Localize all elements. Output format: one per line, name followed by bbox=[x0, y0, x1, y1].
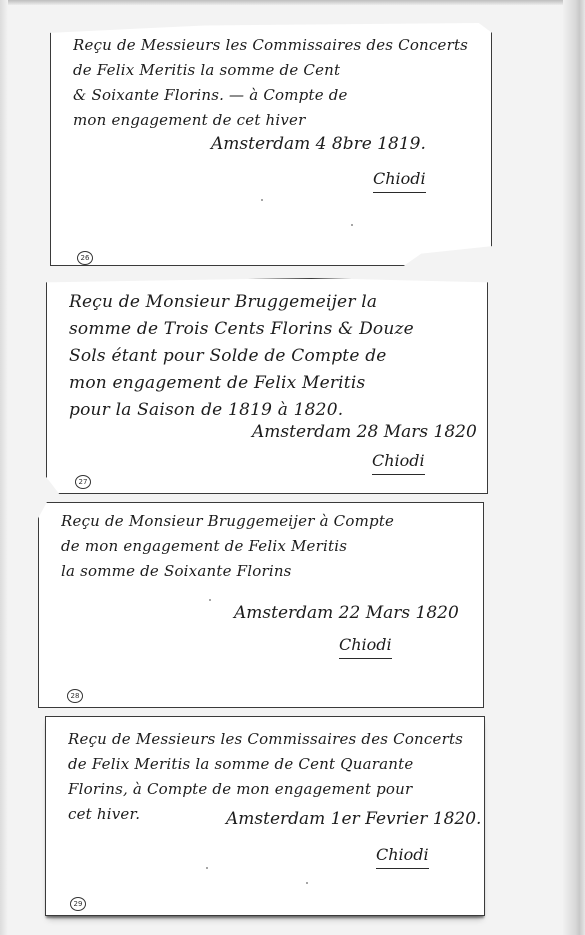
receipt-line: de mon engagement de Felix Meritis bbox=[61, 534, 471, 559]
receipt-line: somme de Trois Cents Florins & Douze bbox=[69, 316, 475, 343]
page-edge-right bbox=[563, 0, 585, 935]
receipt-line: & Soixante Florins. — à Compte de bbox=[73, 83, 479, 108]
signature: Chiodi bbox=[339, 635, 392, 659]
receipt-line: Reçu de Monsieur Bruggemeijer la bbox=[69, 289, 475, 316]
page-edge-left bbox=[0, 0, 8, 935]
place-date: Amsterdam 1er Fevrier 1820. bbox=[226, 809, 481, 829]
receipt-line: de Felix Meritis la somme de Cent bbox=[73, 58, 479, 83]
item-number-badge: 28 bbox=[67, 689, 83, 703]
receipt-line: mon engagement de Felix Meritis bbox=[69, 370, 475, 397]
receipt-line: mon engagement de cet hiver bbox=[73, 108, 479, 133]
item-number-badge: 29 bbox=[70, 897, 86, 911]
receipt-line: Reçu de Monsieur Bruggemeijer à Compte bbox=[61, 509, 471, 534]
receipt-text: Reçu de Messieurs les Commissaires des C… bbox=[73, 33, 479, 133]
receipt-text: Reçu de Monsieur Bruggemeijer la somme d… bbox=[69, 289, 475, 424]
receipt-line: de Felix Meritis la somme de Cent Quaran… bbox=[68, 752, 472, 777]
receipt-27: Reçu de Monsieur Bruggemeijer la somme d… bbox=[46, 278, 488, 494]
page-edge-top bbox=[0, 0, 585, 5]
receipt-line: pour la Saison de 1819 à 1820. bbox=[69, 397, 475, 424]
receipt-line: Reçu de Messieurs les Commissaires des C… bbox=[73, 33, 479, 58]
signature: Chiodi bbox=[372, 451, 425, 475]
scan-speck bbox=[206, 867, 208, 869]
place-date: Amsterdam 22 Mars 1820 bbox=[234, 603, 459, 623]
receipt-text: Reçu de Monsieur Bruggemeijer à Compte d… bbox=[61, 509, 471, 584]
scan-speck bbox=[351, 224, 353, 226]
signature: Chiodi bbox=[376, 845, 429, 869]
receipt-26: Reçu de Messieurs les Commissaires des C… bbox=[50, 18, 492, 266]
receipt-line: Reçu de Messieurs les Commissaires des C… bbox=[68, 727, 472, 752]
scan-speck bbox=[209, 599, 211, 601]
scan-speck bbox=[306, 882, 308, 884]
place-date: Amsterdam 28 Mars 1820 bbox=[252, 422, 477, 442]
item-number-badge: 26 bbox=[77, 251, 93, 265]
receipt-28: Reçu de Monsieur Bruggemeijer à Compte d… bbox=[38, 502, 484, 708]
receipt-line: Florins, à Compte de mon engagement pour bbox=[68, 777, 472, 802]
signature: Chiodi bbox=[373, 169, 426, 193]
place-date: Amsterdam 4 8bre 1819. bbox=[211, 134, 426, 154]
receipt-line: la somme de Soixante Florins bbox=[61, 559, 471, 584]
receipt-line: Sols étant pour Solde de Compte de bbox=[69, 343, 475, 370]
item-number-badge: 27 bbox=[75, 475, 91, 489]
scan-speck bbox=[261, 199, 263, 201]
receipt-29: Reçu de Messieurs les Commissaires des C… bbox=[45, 716, 485, 916]
